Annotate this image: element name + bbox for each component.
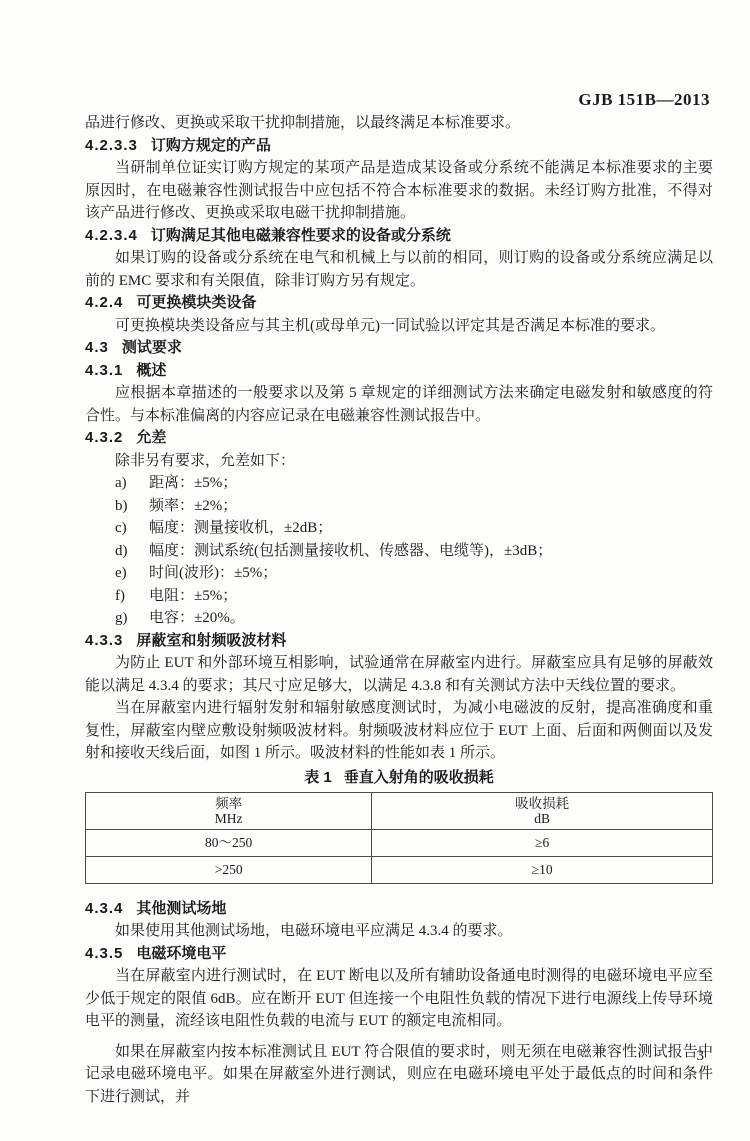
heading-4-3-2: 4.3.2允差 [85,427,713,450]
heading-number: 4.3 [85,339,109,356]
paragraph-4-3-5-1: 当在屏蔽室内进行测试时，在 EUT 断电以及所有辅助设备通电时测得的电磁环境电平… [85,965,713,1033]
list-item-letter: f) [115,585,149,608]
list-item-e: e)时间(波形)：±5%； [115,562,713,585]
heading-title: 电磁环境电平 [136,945,226,962]
heading-number: 4.3.5 [85,945,123,962]
heading-4-3-1: 4.3.1概述 [85,360,713,383]
paragraph-4-3-1: 应根据本章描述的一般要求以及第 5 章规定的详细测试方法来确定电磁发射和敏感度的… [85,382,713,427]
column-header-loss: 吸收损耗 dB [372,792,713,829]
list-item-text: 电容：±20%。 [149,607,713,630]
heading-number: 4.3.3 [85,632,123,649]
list-item-letter: b) [115,495,149,518]
heading-4-2-4: 4.2.4可更换模块类设备 [85,292,713,315]
tolerance-list: a)距离：±5%； b)频率：±2%； c)幅度：测量接收机，±2dB； d)幅… [85,472,713,630]
column-header-unit: dB [372,811,712,826]
heading-title: 其他测试场地 [136,900,226,917]
list-item-text: 幅度：测量接收机，±2dB； [149,517,713,540]
tolerance-intro: 除非另有要求，允差如下： [85,450,713,473]
heading-number: 4.3.1 [85,362,123,379]
column-header-frequency: 频率 MHz [86,792,372,829]
heading-4-3: 4.3测试要求 [85,337,713,360]
paragraph-4-2-3-3: 当研制单位证实订购方规定的某项产品是造成某设备或分系统不能满足本标准要求的主要原… [85,157,713,225]
cell-loss: ≥10 [372,856,713,883]
heading-title: 订购方规定的产品 [151,137,271,154]
cell-frequency: 80～250 [86,829,372,856]
heading-title: 测试要求 [122,339,182,356]
column-header-line: 频率 [86,796,371,811]
cell-loss: ≥6 [372,829,713,856]
heading-number: 4.2.4 [85,294,123,311]
list-item-text: 电阻：±5%； [149,585,713,608]
list-item-letter: c) [115,517,149,540]
heading-4-3-5: 4.3.5电磁环境电平 [85,943,713,966]
paragraph-4-2-4: 可更换模块类设备应与其主机(或母单元)一同试验以评定其是否满足本标准的要求。 [85,315,713,338]
paragraph-4-3-4: 如果使用其他测试场地，电磁环境电平应满足 4.3.4 的要求。 [85,920,713,943]
heading-number: 4.2.3.3 [85,137,138,154]
cell-frequency: >250 [86,856,372,883]
list-item-letter: d) [115,540,149,563]
heading-title: 可更换模块类设备 [136,294,256,311]
heading-4-2-3-4: 4.2.3.4订购满足其他电磁兼容性要求的设备或分系统 [85,225,713,248]
table-header-row: 频率 MHz 吸收损耗 dB [86,792,713,829]
list-item-letter: a) [115,472,149,495]
paragraph-4-3-3-2: 当在屏蔽室内进行辐射发射和辐射敏感度测试时，为减小电磁波的反射，提高准确度和重复… [85,697,713,765]
table-caption-title: 垂直入射角的吸收损耗 [344,769,494,786]
list-item-text: 幅度：测试系统(包括测量接收机、传感器、电缆等)，±3dB； [149,540,713,563]
list-item-g: g)电容：±20%。 [115,607,713,630]
heading-number: 4.3.2 [85,429,123,446]
heading-4-2-3-3: 4.2.3.3订购方规定的产品 [85,135,713,158]
list-item-letter: g) [115,607,149,630]
heading-number: 4.3.4 [85,900,123,917]
column-header-unit: MHz [86,811,371,826]
heading-title: 概述 [136,362,166,379]
heading-4-3-4: 4.3.4其他测试场地 [85,898,713,921]
column-header-line: 吸收损耗 [372,796,712,811]
paragraph-4-3-3-1: 为防止 EUT 和外部环境互相影响，试验通常在屏蔽室内进行。屏蔽室应具有足够的屏… [85,652,713,697]
list-item-text: 距离：±5%； [149,472,713,495]
standard-number-header: GJB 151B—2013 [578,90,710,110]
list-item-a: a)距离：±5%； [115,472,713,495]
list-item-d: d)幅度：测试系统(包括测量接收机、传感器、电缆等)，±3dB； [115,540,713,563]
table-caption-label: 表 1 [304,769,332,786]
heading-title: 屏蔽室和射频吸波材料 [136,632,286,649]
list-item-f: f)电阻：±5%； [115,585,713,608]
heading-4-3-3: 4.3.3屏蔽室和射频吸波材料 [85,630,713,653]
heading-title: 订购满足其他电磁兼容性要求的设备或分系统 [151,227,451,244]
list-item-c: c)幅度：测量接收机，±2dB； [115,517,713,540]
paragraph-4-2-3-4: 如果订购的设备或分系统在电气和机械上与以前的相同，则订购的设备或分系统应满足以前… [85,247,713,292]
page-content: 品进行修改、更换或采取干扰抑制措施，以最终满足本标准要求。 4.2.3.3订购方… [85,112,713,1108]
table-caption: 表 1垂直入射角的吸收损耗 [85,767,713,789]
continuation-paragraph: 品进行修改、更换或采取干扰抑制措施，以最终满足本标准要求。 [85,112,713,135]
list-item-b: b)频率：±2%； [115,495,713,518]
page-number: 3 [697,1048,705,1065]
list-item-text: 时间(波形)：±5%； [149,562,713,585]
absorption-loss-table: 频率 MHz 吸收损耗 dB 80～250 ≥6 >250 ≥10 [85,792,713,884]
paragraph-4-3-5-2: 如果在屏蔽室内按本标准测试且 EUT 符合限值的要求时，则无须在电磁兼容性测试报… [85,1041,713,1109]
list-item-text: 频率：±2%； [149,495,713,518]
heading-title: 允差 [136,429,166,446]
table-row: >250 ≥10 [86,856,713,883]
heading-number: 4.2.3.4 [85,227,138,244]
list-item-letter: e) [115,562,149,585]
document-page: GJB 151B—2013 品进行修改、更换或采取干扰抑制措施，以最终满足本标准… [0,0,750,1141]
table-row: 80～250 ≥6 [86,829,713,856]
